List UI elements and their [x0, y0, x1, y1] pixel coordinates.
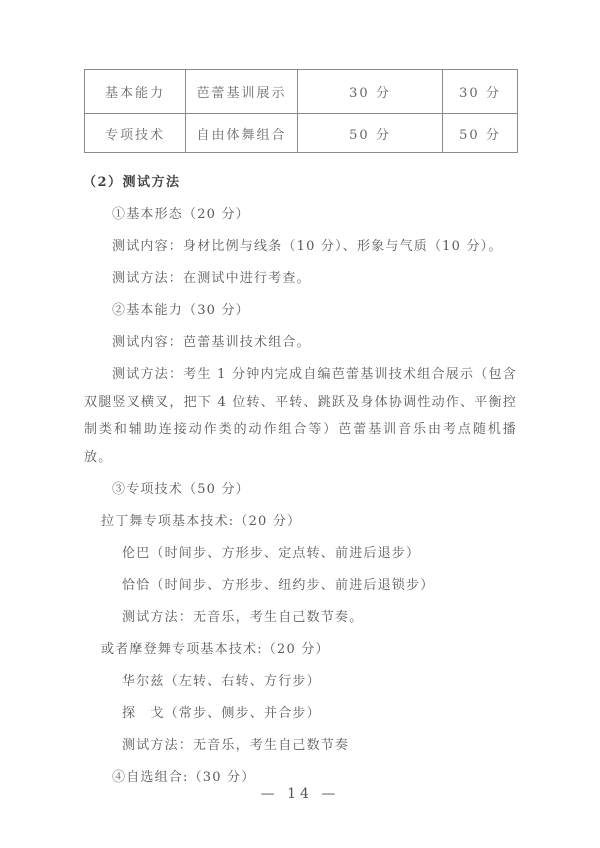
modern-subtitle: 或者摩登舞专项基本技术:（20 分）: [101, 636, 517, 663]
item-1-title: ①基本形态（20 分）: [112, 201, 517, 228]
tango-line: 探 戈（常步、侧步、并合步）: [122, 700, 517, 727]
item-2-title: ②基本能力（30 分）: [112, 297, 517, 324]
latin-method: 测试方法：无音乐，考生自己数节奏。: [122, 604, 517, 631]
score-table: 基本能力 芭蕾基训展示 30 分 30 分 专项技术 自由体舞组合 50 分 5…: [84, 69, 518, 153]
chacha-line: 恰恰（时间步、方形步、纽约步、前进后退锁步）: [122, 572, 517, 599]
table-cell: 50 分: [443, 114, 518, 153]
table-cell: 50 分: [298, 114, 443, 153]
item-2-content: 测试内容：芭蕾基训技术组合。: [112, 329, 517, 356]
table-row: 基本能力 芭蕾基训展示 30 分 30 分: [85, 70, 518, 114]
item-1-content: 测试内容：身材比例与线条（10 分）、形象与气质（10 分）。: [112, 233, 517, 260]
item-3-title: ③专项技术（50 分）: [112, 476, 517, 503]
waltz-line: 华尔兹（左转、右转、方行步）: [122, 668, 517, 695]
document-text: （2）测试方法 ①基本形态（20 分） 测试内容：身材比例与线条（10 分）、形…: [84, 169, 517, 791]
latin-subtitle: 拉丁舞专项基本技术:（20 分）: [101, 508, 517, 535]
document-page: { "table": { "rows": [ ["基本能力", "芭蕾基训展示"…: [0, 0, 600, 848]
table-cell: 专项技术: [85, 114, 186, 153]
item-1-method: 测试方法：在测试中进行考查。: [112, 265, 517, 292]
section-heading: （2）测试方法: [83, 169, 517, 196]
modern-method: 测试方法：无音乐，考生自己数节奏: [122, 732, 517, 759]
page-body: 基本能力 芭蕾基训展示 30 分 30 分 专项技术 自由体舞组合 50 分 5…: [84, 69, 517, 796]
table-cell: 芭蕾基训展示: [186, 70, 298, 114]
table-cell: 30 分: [443, 70, 518, 114]
rumba-line: 伦巴（时间步、方形步、定点转、前进后退步）: [122, 540, 517, 567]
table-cell: 自由体舞组合: [186, 114, 298, 153]
table-cell: 30 分: [298, 70, 443, 114]
table-cell: 基本能力: [85, 70, 186, 114]
page-number: — 14 —: [0, 786, 600, 802]
item-2-method: 测试方法：考生 1 分钟内完成自编芭蕾基训技术组合展示（包含双腿竖叉横叉，把下 …: [84, 361, 517, 471]
table-row: 专项技术 自由体舞组合 50 分 50 分: [85, 114, 518, 153]
